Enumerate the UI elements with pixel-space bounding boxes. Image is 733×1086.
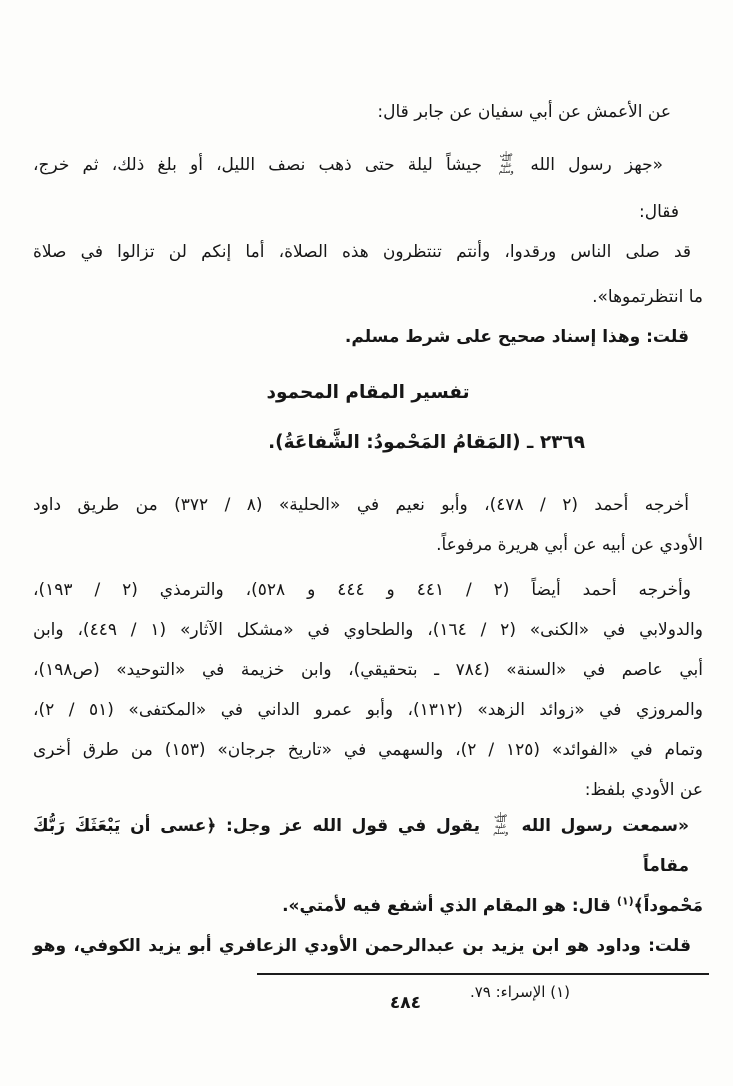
takhrij-line-4: والدولابي في «الكنى» (٢ / ١٦٤)، والطحاوي… [33,610,703,650]
saw-honorific-icon: صلى الله عليه وسلم [495,152,517,174]
isnad-line: عن الأعمش عن أبي سفيان عن جابر قال: [33,92,703,132]
footnote-ref-marker: (١) [617,894,634,907]
text-block: عن الأعمش عن أبي سفيان عن جابر قال: «جهز… [33,0,703,1009]
takhrij-line-5: أبي عاصم في «السنة» (٧٨٤ ـ بتحقيقي)، واب… [33,650,703,690]
hadith2-verse-end: مَحْموداً﴾ [634,896,703,916]
takhrij-line-1: أخرجه أحمد (٢ / ٤٧٨)، وأبو نعيم في «الحل… [33,485,703,525]
hadith1-open-text: «جهز رسول الله [530,155,663,175]
hadith1-line-3: قد صلى الناس ورقدوا، وأنتم تنتظرون هذه ا… [33,232,703,272]
hadith1-line-1: «جهز رسول الله صلى الله عليه وسلم جيشاً … [33,145,703,185]
takhrij-line-2: الأودي عن أبيه عن أبي هريرة مرفوعاً. [33,525,703,565]
hadith1-line-2: فقال: [33,192,703,232]
hadith2-line-1: «سمعت رسول الله صلى الله عليه وسلم يقول … [33,806,703,886]
hadith1-cont-text: جيشاً ليلة حتى ذهب نصف الليل، أو بلغ ذلك… [33,155,482,175]
narrator-comment-line: قلت: وداود هو ابن يزيد بن عبدالرحمن الأو… [33,926,703,966]
takhrij-line-3: وأخرجه أحمد أيضاً (٢ / ٤٤١ و ٤٤٤ و ٥٢٨)،… [33,570,703,610]
takhrij-line-8: عن الأودي بلفظ: [33,770,703,810]
authentication-verdict: قلت: وهذا إسناد صحيح على شرط مسلم. [33,317,703,357]
hadith2-cont-text: قال: هو المقام الذي أشفع فيه لأمتي». [282,896,611,916]
takhrij-line-6: والمروزي في «زوائد الزهد» (١٣١٢)، وأبو ع… [33,690,703,730]
takhrij-line-7: وتمام في «الفوائد» (١٢٥ / ٢)، والسهمي في… [33,730,703,770]
entry-heading: ٢٣٦٩ ـ (المَقامُ المَحْمودُ: الشَّفاعَةُ… [33,423,703,463]
page-number: ٤٨٤ [39,985,733,1021]
entry-title: (المَقامُ المَحْمودُ: الشَّفاعَةُ). [268,432,520,453]
entry-number: ٢٣٦٩ [540,432,585,453]
hadith1-line-4: ما انتظرتموها». [33,277,703,317]
book-page: عن الأعمش عن أبي سفيان عن جابر قال: «جهز… [0,0,733,1086]
hadith2-open-text: «سمعت رسول الله [521,816,689,836]
entry-dash: ـ [527,432,533,453]
section-heading: تفسير المقام المحمود [33,373,703,413]
saw-honorific-icon: صلى الله عليه وسلم [490,813,512,835]
hadith2-line-2: مَحْموداً﴾(١) قال: هو المقام الذي أشفع ف… [33,886,703,926]
